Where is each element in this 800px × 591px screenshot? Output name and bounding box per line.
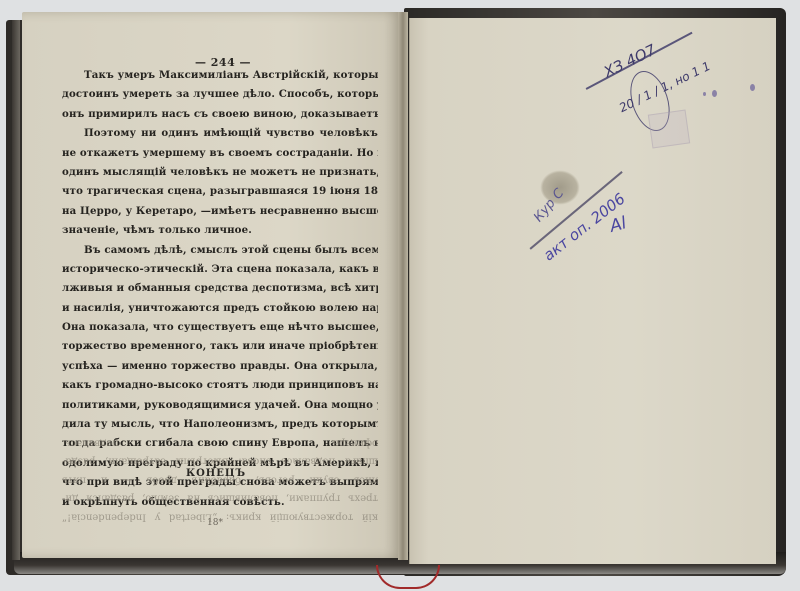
text-line: лживыя и обманныя средства деспотизма, в…: [62, 279, 378, 298]
text-line: онъ примирилъ насъ съ своею виною, доказ…: [62, 105, 378, 124]
ink-spot: [703, 92, 706, 96]
faded-stamp: [648, 110, 690, 149]
text-line: на Церро, у Керетаро, —имѣетъ несравненн…: [62, 202, 378, 221]
text-line: Въ самомъ дѣлѣ, смыслъ этой сцены былъ в…: [62, 241, 378, 260]
text-line: Она показала, что существуетъ еще нѣчто …: [62, 318, 378, 337]
signature-mark: 18*: [207, 518, 223, 528]
text-line: значеніе, чѣмъ только личное.: [62, 221, 378, 240]
bookmark-ribbon: [376, 565, 440, 589]
text-line: Такъ умеръ Максимиліанъ Австрійскій, кот…: [62, 66, 378, 85]
text-line: что трагическая сцена, разыгравшаяся 19 …: [62, 182, 378, 201]
text-line: одинъ мыслящій человѣкъ не можетъ не при…: [62, 163, 378, 182]
text-line: политиками, руководящимися удачей. Она м…: [62, 396, 378, 415]
bleed-through-text: кій торжествующій крикъ: „Libertad y Ind…: [62, 433, 378, 526]
text-line: не откажетъ умершему въ своемъ сострадан…: [62, 144, 378, 163]
book-gutter: [398, 12, 408, 560]
right-page: [409, 18, 776, 564]
bleed-line: трехъ группами, повалившись на землю, ра…: [62, 489, 378, 508]
page-stack-edge: [12, 20, 20, 560]
ink-spot: [712, 90, 717, 97]
text-line: Поэтому ни одинъ имѣющій чувство человѣк…: [62, 124, 378, 143]
text-line: достоинъ умереть за лучшее дѣло. Способъ…: [62, 85, 378, 104]
bleed-line: офицера подвалась.: [62, 433, 378, 452]
ink-spot: [750, 84, 755, 91]
text-line: какъ громадно-высоко стоятъ люди принцип…: [62, 376, 378, 395]
text-line: успѣха — именно торжество правды. Она от…: [62, 357, 378, 376]
text-line: дила ту мысль, что Наполеонизмъ, предъ к…: [62, 415, 378, 434]
text-line: историческо-этическій. Эта сцена показал…: [62, 260, 378, 279]
text-line: и насилія, уничтожаются предъ стойкою во…: [62, 299, 378, 318]
end-word: КОНЕЦЪ: [186, 468, 246, 479]
text-line: торжество временного, такъ или иначе прі…: [62, 337, 378, 356]
book-spread-photo: — 244 — Такъ умеръ Максимиліанъ Австрійс…: [0, 0, 800, 591]
